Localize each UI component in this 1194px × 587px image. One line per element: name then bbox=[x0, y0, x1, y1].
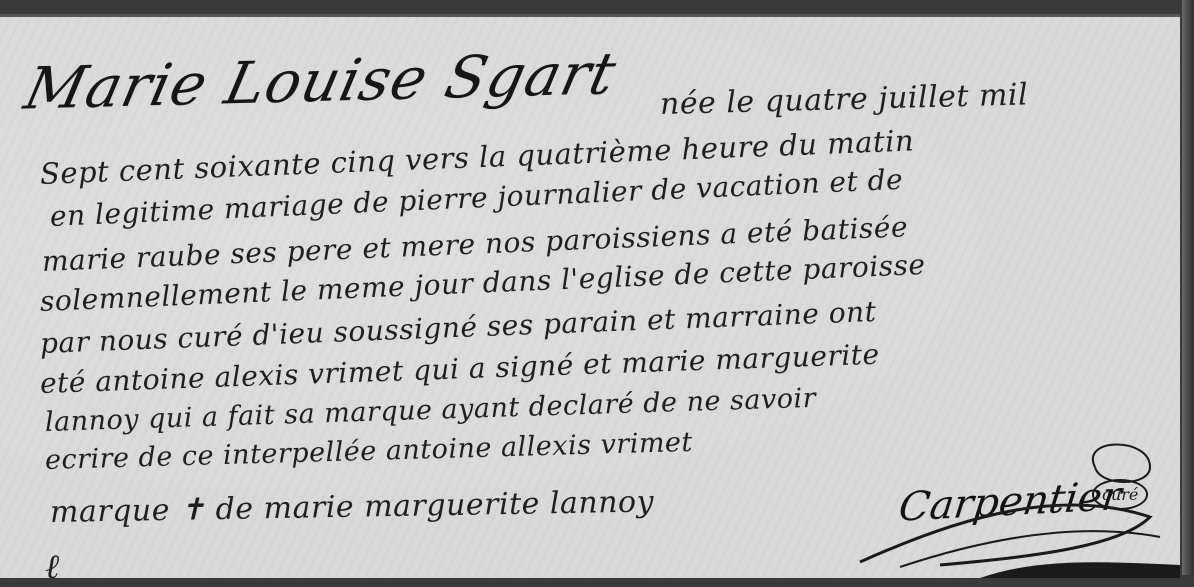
margin-name: Marie Louise Sgart bbox=[19, 39, 623, 122]
priest-signature: Carpentier bbox=[896, 473, 1124, 530]
page-edge bbox=[1182, 0, 1194, 575]
priest-title-paraph: curé bbox=[1092, 479, 1148, 510]
next-entry-fragment: ℓ bbox=[45, 547, 59, 575]
document-page: Marie Louise Sgart née le quatre juillet… bbox=[0, 14, 1180, 575]
godmother-mark-line: marque ✝ de marie marguerite lannoy bbox=[50, 484, 655, 530]
record-line-1: née le quatre juillet mil bbox=[660, 77, 1029, 122]
